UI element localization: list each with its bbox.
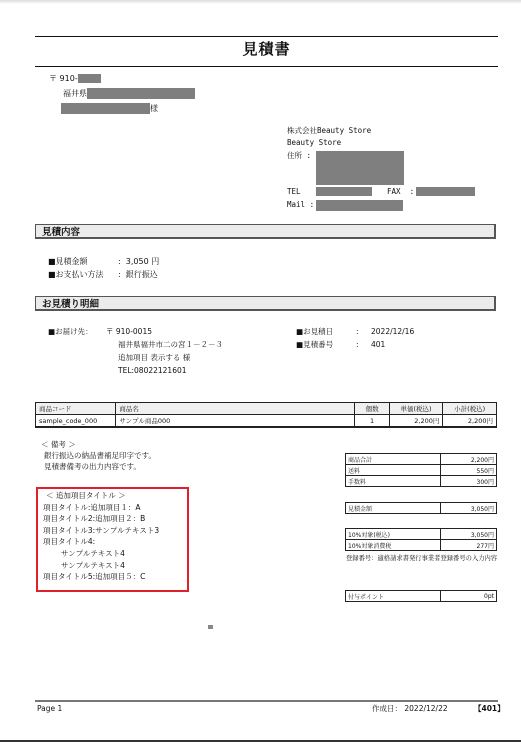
total-value: 3,050円 [441,503,497,514]
payment-method-row: ■お支払い方法: 銀行振込 [48,268,158,281]
additional-items-heading: ＜ 追加項目タイトル ＞ [43,490,159,502]
section-detail-heading: お見積り明細 [35,296,496,311]
postal-mark: 〒 [49,74,57,83]
redacted-fax [416,187,475,196]
recipient-postal: 〒 910- [49,72,101,85]
tax-table: 10%対象(税込)3,050円 10%対象消費税277円 [345,528,497,551]
estimate-number-row: ■見積番号:401 [296,338,385,351]
estimate-date-row: ■お見積日:2022/12/16 [296,325,414,338]
delivery-address: 福井県福井市二の宮１－２－３ [106,338,223,351]
payment-method-value: 銀行振込 [126,270,158,279]
redacted-mail [316,200,403,211]
total-table: 見積金額3,050円 [345,502,497,514]
points-table: 付与ポイント0pt [345,590,497,602]
items-table: 商品コード 商品名 個数 単価(税込) 小計(税込) sample_code_0… [35,402,497,428]
recipient-name: 様 [61,102,158,115]
estimate-amount-row: ■見積金額: 3,050 円 [48,255,159,268]
subtotal-table: 商品合計2,200円 送料550円 手数料300円 [345,453,497,487]
section-estimate-heading: 見積内容 [35,224,496,239]
delivery-label: ■お届け先： [48,325,93,338]
redacted-tel [316,187,372,196]
issuer-store: Beauty Store [287,137,371,149]
table-row: sample_code_000 サンプル商品000 1 2,200円 2,200… [36,415,497,428]
redacted-issuer-address [316,151,404,185]
page-marker [208,625,213,629]
issuer-block: 株式会社Beauty Store Beauty Store [287,125,371,149]
delivery-tel: TEL:08022121601 [106,364,223,377]
estimate-number-value: 401 [371,340,385,349]
issuer-mail-label: Mail : [287,200,314,209]
footer-doc-number: 【401】 [474,702,505,715]
document-title: 見積書 [35,38,498,59]
issuer-fax-label: FAX : [387,187,414,196]
footer-created: 作成日： 2022/12/22 [372,702,448,715]
additional-items-block: ＜ 追加項目タイトル ＞ 項目タイトル:追加項目１：A 項目タイトル2:追加項目… [43,490,159,583]
created-date: 2022/12/22 [404,704,447,713]
registration-note: 登録番号：適格請求書発行事業者登録番号の入力内容 [346,553,498,565]
title-bottom-rule [35,66,498,67]
redacted-address [87,88,195,99]
viewer-top-shadow [0,0,521,4]
issuer-tel-label: TEL : [287,187,319,196]
remarks-block: ＜ 備考 ＞ 銀行振込の納品書補足印字です。 見積書備考の出力内容です。 [41,439,156,472]
items-table-header: 商品コード 商品名 個数 単価(税込) 小計(税込) [36,403,497,415]
footer-page: Page 1 [37,702,62,715]
redacted-name [61,103,150,114]
redacted-postal [78,74,101,83]
delivery-name: 追加項目 表示する 様 [106,351,223,364]
title-top-rule [35,36,498,37]
delivery-block: 〒 910-0015 福井県福井市二の宮１－２－３ 追加項目 表示する 様 TE… [106,325,223,377]
estimate-amount-value: 3,050 円 [126,257,159,266]
delivery-postal: 〒 910-0015 [106,325,223,338]
issuer-company: 株式会社Beauty Store [287,125,371,137]
issuer-address-label: 住所 : [287,150,311,161]
estimate-date-value: 2022/12/16 [371,327,414,336]
recipient-address: 福井県 [63,87,195,100]
remarks-heading: ＜ 備考 ＞ [41,439,156,450]
